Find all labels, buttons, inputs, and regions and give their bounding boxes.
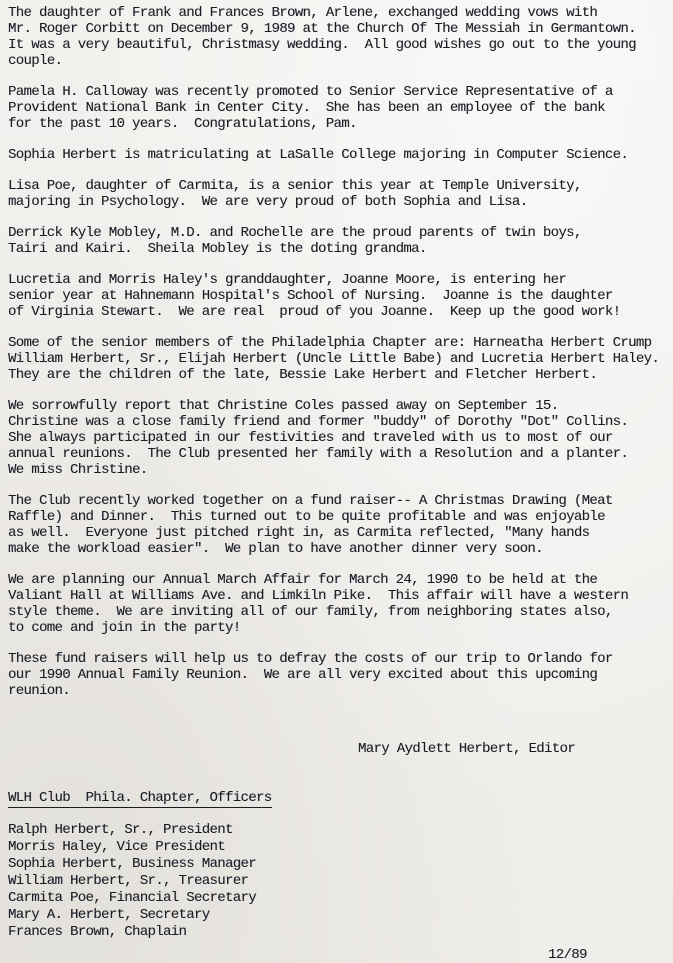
text-line: Valiant Hall at Williams Ave. and Limkil… <box>8 588 667 604</box>
text-line: We sorrowfully report that Christine Col… <box>8 398 667 414</box>
text-line: Mr. Roger Corbitt on December 9, 1989 at… <box>8 21 667 37</box>
officer-list-item: Frances Brown, Chaplain <box>8 924 667 941</box>
paragraph: Derrick Kyle Mobley, M.D. and Rochelle a… <box>8 225 667 257</box>
text-line: Pamela H. Calloway was recently promoted… <box>8 84 667 100</box>
officer-list-item: William Herbert, Sr., Treasurer <box>8 873 667 890</box>
paragraph: The daughter of Frank and Frances Brown,… <box>8 5 667 69</box>
text-line: Lisa Poe, daughter of Carmita, is a seni… <box>8 178 667 194</box>
text-line: She always participated in our festiviti… <box>8 430 667 446</box>
text-line: We are planning our Annual March Affair … <box>8 572 667 588</box>
text-line: Some of the senior members of the Philad… <box>8 335 667 351</box>
text-line: Sophia Herbert is matriculating at LaSal… <box>8 147 667 163</box>
text-line: The Club recently worked together on a f… <box>8 493 667 509</box>
text-line: It was a very beautiful, Christmasy wedd… <box>8 37 667 53</box>
text-line: These fund raisers will help us to defra… <box>8 651 667 667</box>
officer-list-item: Morris Haley, Vice President <box>8 839 667 856</box>
officer-list-item: Sophia Herbert, Business Manager <box>8 856 667 873</box>
newsletter-page: The daughter of Frank and Frances Brown,… <box>0 0 673 963</box>
text-line: Derrick Kyle Mobley, M.D. and Rochelle a… <box>8 225 667 241</box>
paragraph: Lisa Poe, daughter of Carmita, is a seni… <box>8 178 667 210</box>
officers-list: Ralph Herbert, Sr., PresidentMorris Hale… <box>8 822 667 941</box>
text-line: reunion. <box>8 683 667 699</box>
text-line: of Virginia Stewart. We are real proud o… <box>8 304 667 320</box>
text-line: for the past 10 years. Congratulations, … <box>8 116 667 132</box>
text-line: style theme. We are inviting all of our … <box>8 604 667 620</box>
paragraph: We sorrowfully report that Christine Col… <box>8 398 667 478</box>
officer-list-item: Ralph Herbert, Sr., President <box>8 822 667 839</box>
text-line: annual reunions. The Club presented her … <box>8 446 667 462</box>
editor-signature: Mary Aydlett Herbert, Editor <box>358 741 667 757</box>
text-line: senior year at Hahnemann Hospital's Scho… <box>8 288 667 304</box>
paragraph: We are planning our Annual March Affair … <box>8 572 667 636</box>
paragraph: These fund raisers will help us to defra… <box>8 651 667 699</box>
officers-section-heading: WLH Club Phila. Chapter, Officers <box>8 790 667 808</box>
text-line: William Herbert, Sr., Elijah Herbert (Un… <box>8 351 667 367</box>
text-line: Lucretia and Morris Haley's granddaughte… <box>8 272 667 288</box>
paragraph: Lucretia and Morris Haley's granddaughte… <box>8 272 667 320</box>
text-line: couple. <box>8 53 667 69</box>
text-line: make the workload easier". We plan to ha… <box>8 541 667 557</box>
officer-list-item: Carmita Poe, Financial Secretary <box>8 890 667 907</box>
newsletter-body: The daughter of Frank and Frances Brown,… <box>8 5 667 699</box>
text-line: The daughter of Frank and Frances Brown,… <box>8 5 667 21</box>
text-line: as well. Everyone just pitched right in,… <box>8 525 667 541</box>
text-line: Tairi and Kairi. Sheila Mobley is the do… <box>8 241 667 257</box>
text-line: our 1990 Annual Family Reunion. We are a… <box>8 667 667 683</box>
paragraph: Sophia Herbert is matriculating at LaSal… <box>8 147 667 163</box>
officers-heading-text: WLH Club Phila. Chapter, Officers <box>8 790 272 808</box>
paragraph: Some of the senior members of the Philad… <box>8 335 667 383</box>
text-line: Raffle) and Dinner. This turned out to b… <box>8 509 667 525</box>
text-line: They are the children of the late, Bessi… <box>8 367 667 383</box>
text-line: to come and join in the party! <box>8 620 667 636</box>
date-stamp: 12/89 <box>548 947 667 963</box>
text-line: Christine was a close family friend and … <box>8 414 667 430</box>
text-line: Provident National Bank in Center City. … <box>8 100 667 116</box>
officer-list-item: Mary A. Herbert, Secretary <box>8 907 667 924</box>
text-line: We miss Christine. <box>8 462 667 478</box>
paragraph: The Club recently worked together on a f… <box>8 493 667 557</box>
text-line: majoring in Psychology. We are very prou… <box>8 194 667 210</box>
paragraph: Pamela H. Calloway was recently promoted… <box>8 84 667 132</box>
